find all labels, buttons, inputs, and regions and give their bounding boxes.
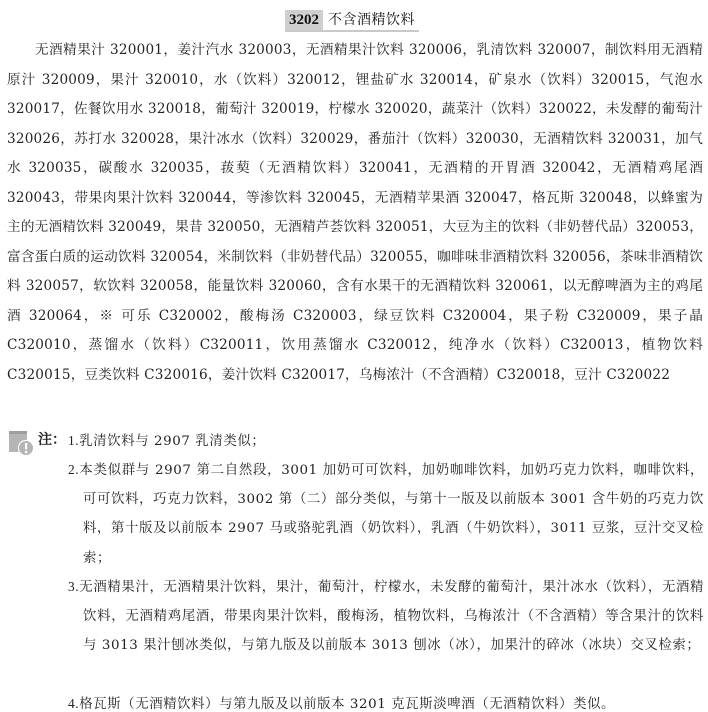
note-text: 无酒精果汁，无酒精果汁饮料，果汁，葡萄汁，柠檬水，未发酵的葡萄汁，果汁冰水（饮料… [79, 580, 704, 653]
section-heading: 3202 不含酒精饮料 [285, 10, 419, 32]
class-code: 3202 [285, 10, 323, 30]
note-text: 乳清饮料与 2907 乳清类似； [79, 434, 265, 449]
note-number: 3. [68, 579, 79, 594]
note-number: 4. [68, 696, 79, 711]
notes-label: 注： [38, 426, 66, 455]
note-text: 本类似群与 2907 第二自然段，3001 加奶可可饮料，加奶咖啡饮料，加奶巧克… [79, 463, 704, 566]
note-item-1: 1.乳清饮料与 2907 乳清类似； [68, 426, 704, 456]
note-item-3: 3.无酒精果汁，无酒精果汁饮料，果汁，葡萄汁，柠檬水，未发酵的葡萄汁，果汁冰水（… [68, 572, 704, 661]
note-text: 格瓦斯（无酒精饮料）与第九版及以前版本 3201 克瓦斯淡啤酒（无酒精饮料）类似… [79, 697, 615, 712]
note-item-4: 4.格瓦斯（无酒精饮料）与第九版及以前版本 3201 克瓦斯淡啤酒（无酒精饮料）… [68, 689, 704, 712]
goods-list-paragraph: 无酒精果汁 320001，姜汁汽水 320003，无酒精果汁饮料 320006，… [7, 36, 703, 390]
note-alert-icon [6, 428, 34, 456]
note-item-2: 2.本类似群与 2907 第二自然段，3001 加奶可可饮料，加奶咖啡饮料，加奶… [68, 455, 704, 573]
note-number: 2. [68, 462, 79, 477]
note-number: 1. [68, 433, 79, 448]
class-title: 不含酒精饮料 [323, 10, 419, 30]
